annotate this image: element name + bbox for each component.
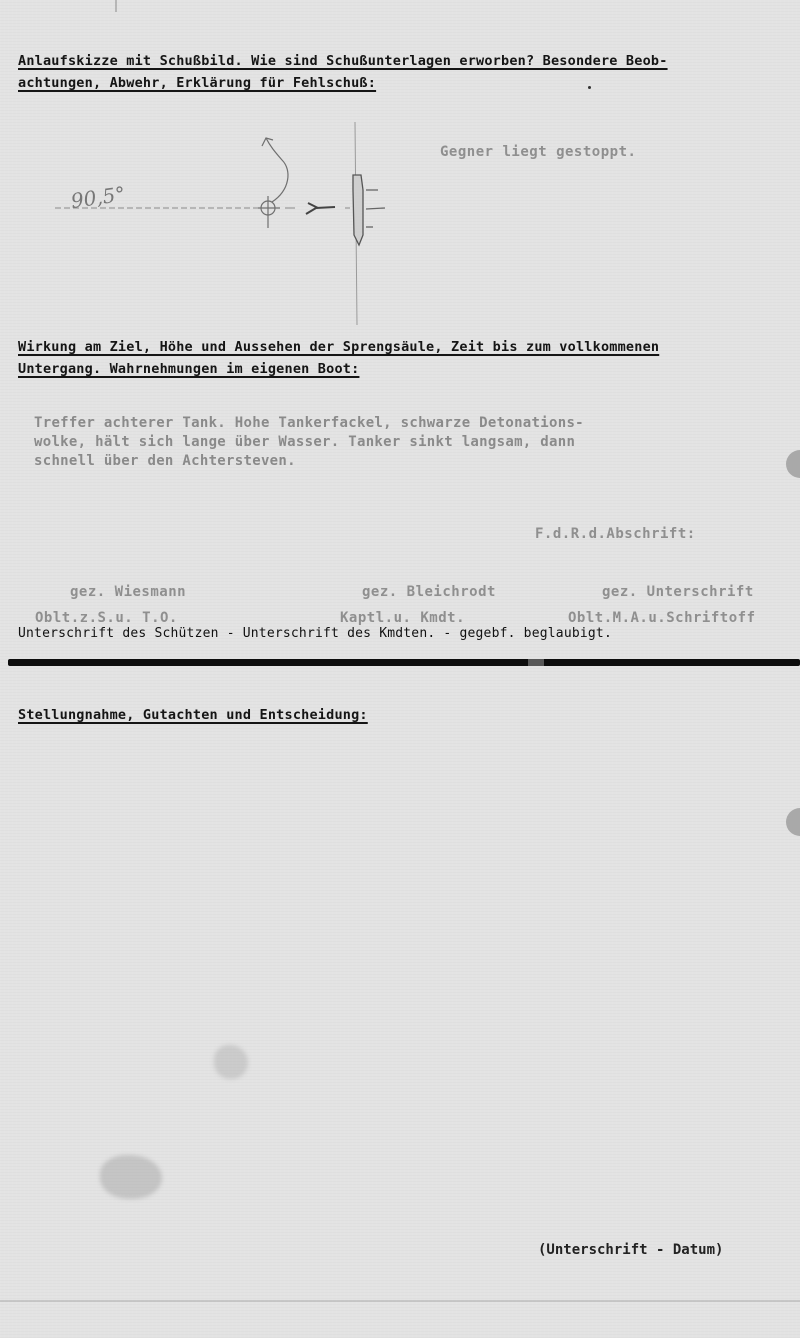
stain [214,1045,248,1079]
signature-labels: Unterschrift des Schützen - Unterschrift… [18,626,612,641]
ink-dot [588,86,591,89]
section-divider [8,659,800,666]
effect-line: wolke, hält sich lange über Wasser. Tank… [34,433,764,452]
approach-sketch-heading: Anlaufskizze mit Schußbild. Wie sind Sch… [18,50,668,94]
rank-certifier: Oblt.M.A.u.Schriftoff [568,610,756,626]
signature-shooter: gez. Wiesmann [70,584,186,600]
signature-date-label: (Unterschrift - Datum) [538,1242,723,1258]
punch-hole [786,450,800,478]
sketch-note: Gegner liegt gestoppt. [440,144,636,160]
signature-commander: gez. Bleichrodt [362,584,496,600]
approach-sketch-heading-line2: achtungen, Abwehr, Erklärung für Fehlsch… [18,75,376,91]
effect-heading-line1: Wirkung am Ziel, Höhe und Aussehen der S… [18,336,659,358]
assessment-heading-text: Stellungnahme, Gutachten und Entscheidun… [18,707,368,723]
rank-commander: Kaptl.u. Kmdt. [340,610,465,626]
approach-sketch-heading-line1: Anlaufskizze mit Schußbild. Wie sind Sch… [18,50,668,72]
rank-shooter: Oblt.z.S.u. T.O. [35,610,178,626]
torpedo-icon [306,203,335,214]
stain [100,1155,162,1199]
document-page: Anlaufskizze mit Schußbild. Wie sind Sch… [0,0,800,1338]
punch-hole [786,808,800,836]
effect-line: schnell über den Achtersteven. [34,452,764,471]
assessment-heading: Stellungnahme, Gutachten und Entscheidun… [18,704,368,726]
effect-line: Treffer achterer Tank. Hohe Tankerfackel… [34,414,764,433]
effect-on-target-heading: Wirkung am Ziel, Höhe und Aussehen der S… [18,336,659,380]
fold-line [0,1300,800,1302]
effect-description: Treffer achterer Tank. Hohe Tankerfackel… [34,414,764,471]
signature-certifier: gez. Unterschrift [602,584,754,600]
copy-certification-note: F.d.R.d.Abschrift: [535,526,696,542]
target-ship-icon [353,175,385,245]
submarine-position-icon [258,138,288,228]
scan-mark [115,0,117,12]
attack-sketch: 90,5° [0,110,440,330]
effect-heading-line2: Untergang. Wahrnehmungen im eigenen Boot… [18,361,359,377]
